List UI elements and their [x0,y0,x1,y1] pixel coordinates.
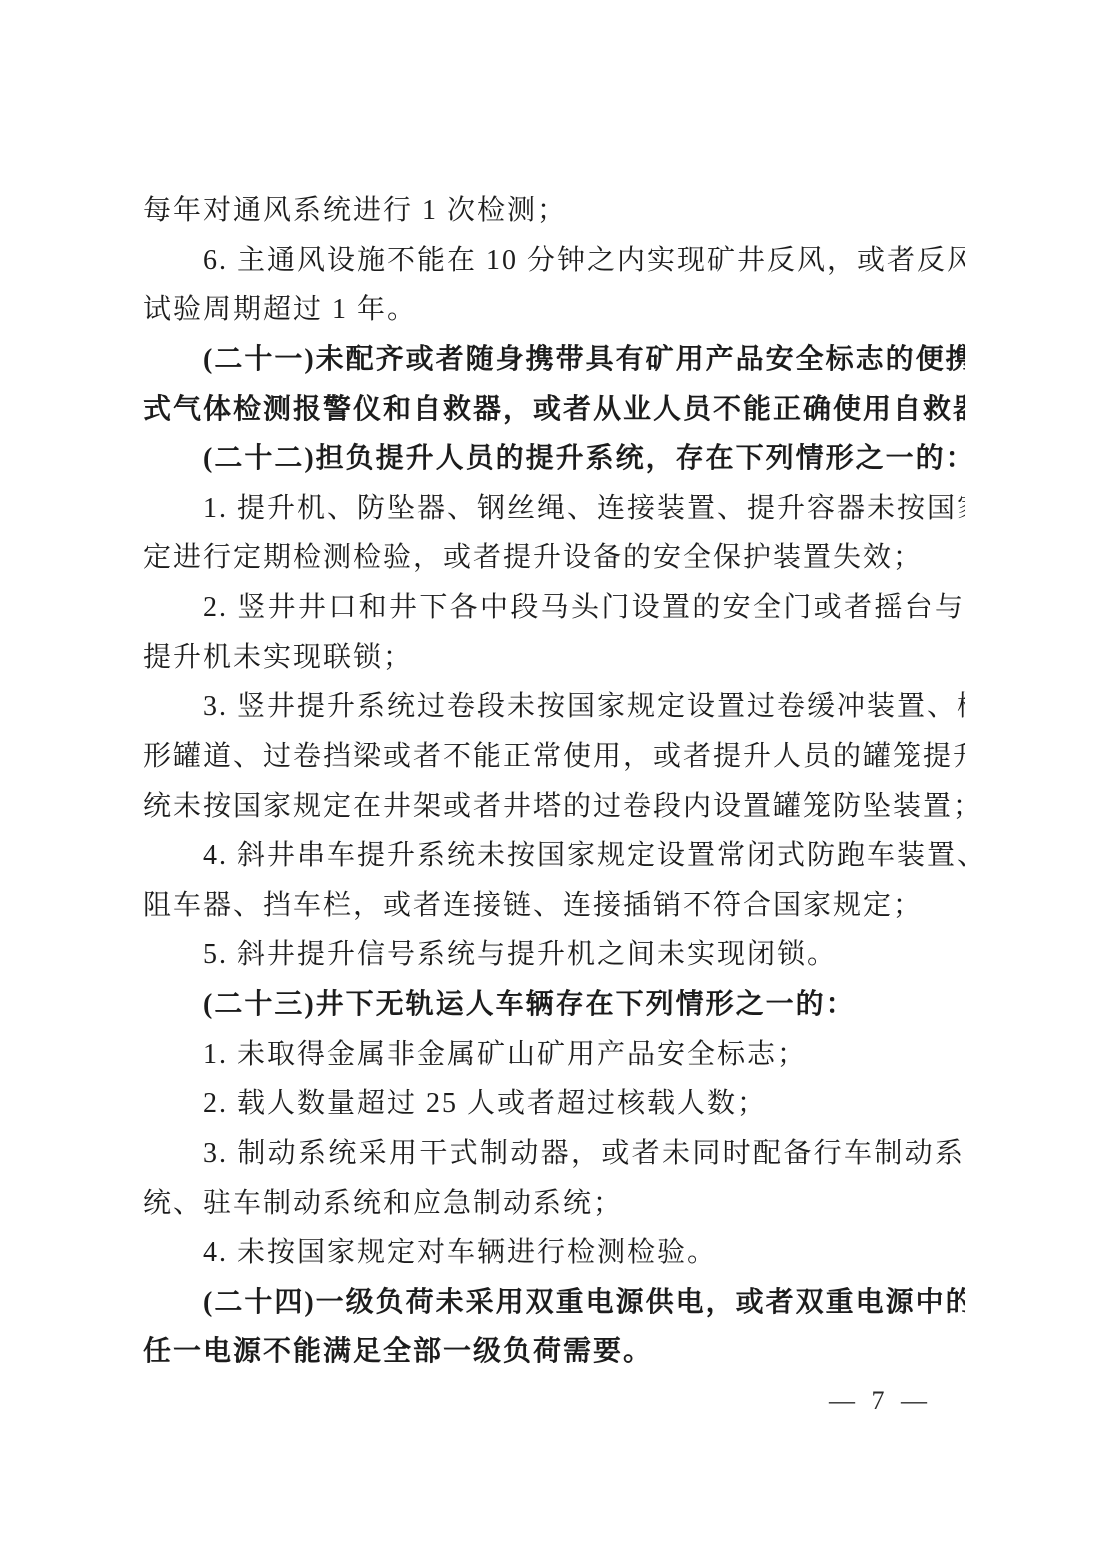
text-line: (二十四)一级负荷未采用双重电源供电，或者双重电源中的 [143,1278,965,1328]
text-line: 4. 未按国家规定对车辆进行检测检验。 [143,1228,965,1278]
page-number: — 7 — [829,1386,932,1416]
text-line: 6. 主通风设施不能在 10 分钟之内实现矿井反风，或者反风 [143,236,965,286]
text-line: 5. 斜井提升信号系统与提升机之间未实现闭锁。 [143,930,965,980]
document-page: 每年对通风系统进行 1 次检测； 6. 主通风设施不能在 10 分钟之内实现矿井… [0,0,1103,1560]
text-line: 3. 竖井提升系统过卷段未按国家规定设置过卷缓冲装置、楔 [143,682,965,732]
text-line: 1. 未取得金属非金属矿山矿用产品安全标志； [143,1030,965,1080]
text-line: 式气体检测报警仪和自救器，或者从业人员不能正确使用自救器。 [143,385,965,435]
text-line: 统未按国家规定在井架或者井塔的过卷段内设置罐笼防坠装置； [143,782,965,832]
text-line: 试验周期超过 1 年。 [143,285,965,335]
text-line: 每年对通风系统进行 1 次检测； [143,186,965,236]
text-line: 2. 竖井井口和井下各中段马头门设置的安全门或者摇台与 [143,583,965,633]
text-line: 3. 制动系统采用干式制动器，或者未同时配备行车制动系 [143,1129,965,1179]
text-line: (二十一)未配齐或者随身携带具有矿用产品安全标志的便携 [143,335,965,385]
text-line: (二十三)井下无轨运人车辆存在下列情形之一的： [143,980,965,1030]
text-line: 定进行定期检测检验，或者提升设备的安全保护装置失效； [143,533,965,583]
text-line: 4. 斜井串车提升系统未按国家规定设置常闭式防跑车装置、 [143,831,965,881]
text-line: 任一电源不能满足全部一级负荷需要。 [143,1327,965,1377]
text-line: (二十二)担负提升人员的提升系统，存在下列情形之一的： [143,434,965,484]
text-content: 每年对通风系统进行 1 次检测； 6. 主通风设施不能在 10 分钟之内实现矿井… [143,186,965,1377]
text-line: 统、驻车制动系统和应急制动系统； [143,1179,965,1229]
text-line: 阻车器、挡车栏，或者连接链、连接插销不符合国家规定； [143,881,965,931]
text-line: 1. 提升机、防坠器、钢丝绳、连接装置、提升容器未按国家规 [143,484,965,534]
text-line: 提升机未实现联锁； [143,633,965,683]
text-line: 形罐道、过卷挡梁或者不能正常使用，或者提升人员的罐笼提升系 [143,732,965,782]
text-line: 2. 载人数量超过 25 人或者超过核载人数； [143,1079,965,1129]
